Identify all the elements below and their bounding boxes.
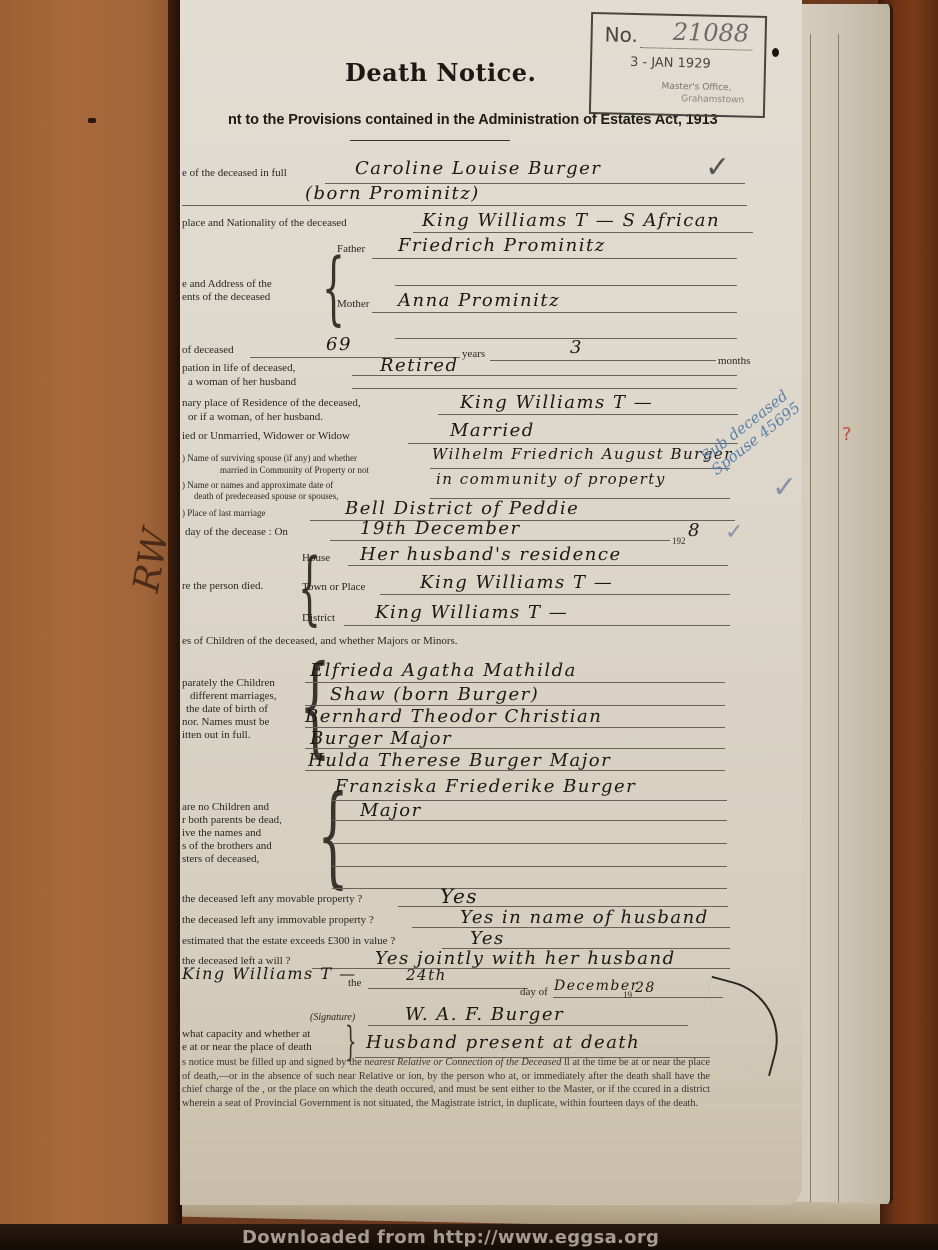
spouse-label-1: ) Name of surviving spouse (if any) and … xyxy=(182,453,357,463)
form-instructions: s notice must be filled up and signed by… xyxy=(182,1056,710,1110)
page-edge-line xyxy=(810,34,811,1204)
parents-label-2: ents of the deceased xyxy=(182,291,270,303)
death-place-label: re the person died. xyxy=(182,580,263,592)
town-value: King Williams T — xyxy=(420,572,613,593)
father-line xyxy=(372,258,737,259)
movable-label: the deceased left any movable property ? xyxy=(182,893,362,905)
stamp-number: 21088 xyxy=(672,18,749,48)
decease-date-value: 19th December xyxy=(360,518,521,539)
instructions-text: s notice must be filled up and signed by… xyxy=(182,1057,364,1068)
mother-line xyxy=(372,312,737,313)
residence-label-2: or if a woman, of her husband. xyxy=(188,411,323,423)
child-entry: Burger Major xyxy=(310,728,452,749)
age-months-value: 3 xyxy=(570,337,583,358)
parents-brace: { xyxy=(322,248,345,328)
spouse-community-value: in community of property xyxy=(436,470,666,488)
months-label: months xyxy=(718,355,750,367)
document-title: Death Notice. xyxy=(345,58,536,87)
name-line-2 xyxy=(182,205,747,206)
occupation-label-1: pation in life of deceased, xyxy=(182,362,295,374)
last-marriage-label: ) Place of last marriage xyxy=(182,508,265,518)
age-months-line xyxy=(490,360,716,361)
birthplace-line xyxy=(413,232,753,233)
children-label-line: the date of birth of xyxy=(186,703,268,715)
stamp-city: Grahamstown xyxy=(681,94,744,105)
children-label-line: itten out in full. xyxy=(182,729,250,741)
child-entry: Hulda Therese Burger Major xyxy=(308,750,611,771)
immovable-label: the deceased left any immovable property… xyxy=(182,914,374,926)
the-label: the xyxy=(348,977,361,989)
mother-line-2 xyxy=(395,338,737,339)
spouse-label-2: married in Community of Property or not xyxy=(220,465,369,475)
child-entry: Bernhard Theodor Christian xyxy=(305,706,602,727)
mother-label: Mother xyxy=(337,298,369,310)
dated-year-suffix: 28 xyxy=(635,980,656,996)
stamp-date: 3 - JAN 1929 xyxy=(630,55,711,72)
dated-day-line xyxy=(368,988,528,989)
sibling-entry: Franziska Friederike Burger xyxy=(335,776,636,797)
child-entry: Elfrieda Agatha Mathilda xyxy=(310,660,577,681)
dated-month-line xyxy=(553,997,723,998)
signature-value: W. A. F. Burger xyxy=(405,1004,564,1025)
birthplace-label: place and Nationality of the deceased xyxy=(182,217,347,229)
marital-line xyxy=(408,443,738,444)
predeceased-label-2: death of predeceased spouse or spouses, xyxy=(194,491,338,501)
town-line xyxy=(380,594,730,595)
instructions-italic: nearest Relative or Connection of the De… xyxy=(364,1057,561,1068)
children-label-line: parately the Children xyxy=(182,677,275,689)
parents-label-1: e and Address of the xyxy=(182,278,272,290)
siblings-label-line: r both parents be dead, xyxy=(182,814,282,826)
children-label-line: nor. Names must be xyxy=(182,716,269,728)
years-label: years xyxy=(462,348,485,360)
father-line-2 xyxy=(395,285,737,286)
decease-year-prefix: 192 xyxy=(672,536,686,546)
house-value: Her husband's residence xyxy=(360,544,622,565)
siblings-label-line: s of the brothers and xyxy=(182,840,272,852)
page-edge-line xyxy=(838,34,839,1204)
siblings-label-line: are no Children and xyxy=(182,801,269,813)
masters-office-stamp: No. 21088 3 - JAN 1929 Master's Office, … xyxy=(589,12,767,118)
siblings-label-line: sters of deceased, xyxy=(182,853,259,865)
dated-day-value: 24th xyxy=(406,966,447,984)
name-label: e of the deceased in full xyxy=(182,167,287,179)
district-label: District xyxy=(302,612,335,624)
spouse-line xyxy=(430,468,730,469)
title-rule xyxy=(350,140,510,141)
signature-line xyxy=(368,1025,688,1026)
siblings-line xyxy=(332,843,727,844)
child-entry: Shaw (born Burger) xyxy=(330,684,539,705)
stamp-no-label: No. xyxy=(604,22,638,47)
town-label: Town or Place xyxy=(302,581,365,593)
capacity-label-2: e at or near the place of death xyxy=(182,1041,312,1053)
children-line xyxy=(305,682,725,683)
estate-value: Yes xyxy=(470,928,505,949)
father-label: Father xyxy=(337,243,365,255)
siblings-line xyxy=(332,888,727,889)
age-label: of deceased xyxy=(182,344,234,356)
capacity-value: Husband present at death xyxy=(366,1032,640,1053)
folder-spot xyxy=(88,118,96,123)
name-value-line2: (born Prominitz) xyxy=(305,183,480,204)
occupation-value: Retired xyxy=(380,355,458,376)
district-value: King Williams T — xyxy=(375,602,568,623)
decease-year-suffix: 8 xyxy=(688,520,701,541)
dated-year-prefix: 19 xyxy=(623,990,632,1000)
last-marriage-value: Bell District of Peddie xyxy=(345,498,579,519)
immovable-value: Yes in name of husband xyxy=(460,907,709,928)
estate-label: estimated that the estate exceeds £300 i… xyxy=(182,935,395,947)
father-value: Friedrich Prominitz xyxy=(398,235,606,256)
siblings-label-line: ive the names and xyxy=(182,827,261,839)
spouse-value: Wilhelm Friedrich August Burger xyxy=(432,445,733,463)
house-label: House xyxy=(302,552,330,564)
occupation-line-2 xyxy=(352,388,737,389)
day-of-label: day of xyxy=(520,986,548,998)
sibling-entry: Major xyxy=(360,800,422,821)
birthplace-value: King Williams T — S African xyxy=(422,210,720,231)
residence-line xyxy=(438,414,738,415)
marital-value: Married xyxy=(450,420,535,441)
house-line xyxy=(348,565,728,566)
marital-label: ied or Unmarried, Widower or Widow xyxy=(182,430,350,442)
name-value: Caroline Louise Burger xyxy=(355,158,601,179)
blue-annotation: Sub deceased Spouse 45695 xyxy=(698,386,803,478)
death-notice-form: Death Notice. nt to the Provisions conta… xyxy=(180,0,802,1205)
district-line xyxy=(344,625,730,626)
siblings-line xyxy=(332,866,727,867)
folder-cover: RW xyxy=(0,0,178,1250)
residence-value: King Williams T — xyxy=(460,392,653,413)
pencil-check-icon: ✓ xyxy=(772,470,797,505)
stamp-office: Master's Office, xyxy=(661,82,731,94)
children-label-line: different marriages, xyxy=(190,690,277,702)
capacity-label-1: what capacity and whether at xyxy=(182,1028,310,1040)
decease-date-label: day of the decease : On xyxy=(185,526,288,538)
check-mark-icon: ✓ xyxy=(725,520,743,545)
check-mark-icon: ✓ xyxy=(705,150,730,185)
movable-value: Yes xyxy=(440,884,478,908)
watermark: Downloaded from http://www.eggsa.org xyxy=(242,1227,659,1248)
decease-date-line xyxy=(330,540,670,541)
ink-dot xyxy=(772,48,779,57)
mother-value: Anna Prominitz xyxy=(398,290,560,311)
stamp-dotted-line xyxy=(640,47,752,51)
red-margin-mark: ? xyxy=(842,424,852,445)
age-years-value: 69 xyxy=(326,334,352,355)
residence-label-1: nary place of Residence of the deceased, xyxy=(182,397,361,409)
predeceased-label-1: ) Name or names and approximate date of xyxy=(182,480,333,490)
dated-place-value: King Williams T — xyxy=(182,964,357,983)
occupation-label-2: a woman of her husband xyxy=(188,376,296,388)
